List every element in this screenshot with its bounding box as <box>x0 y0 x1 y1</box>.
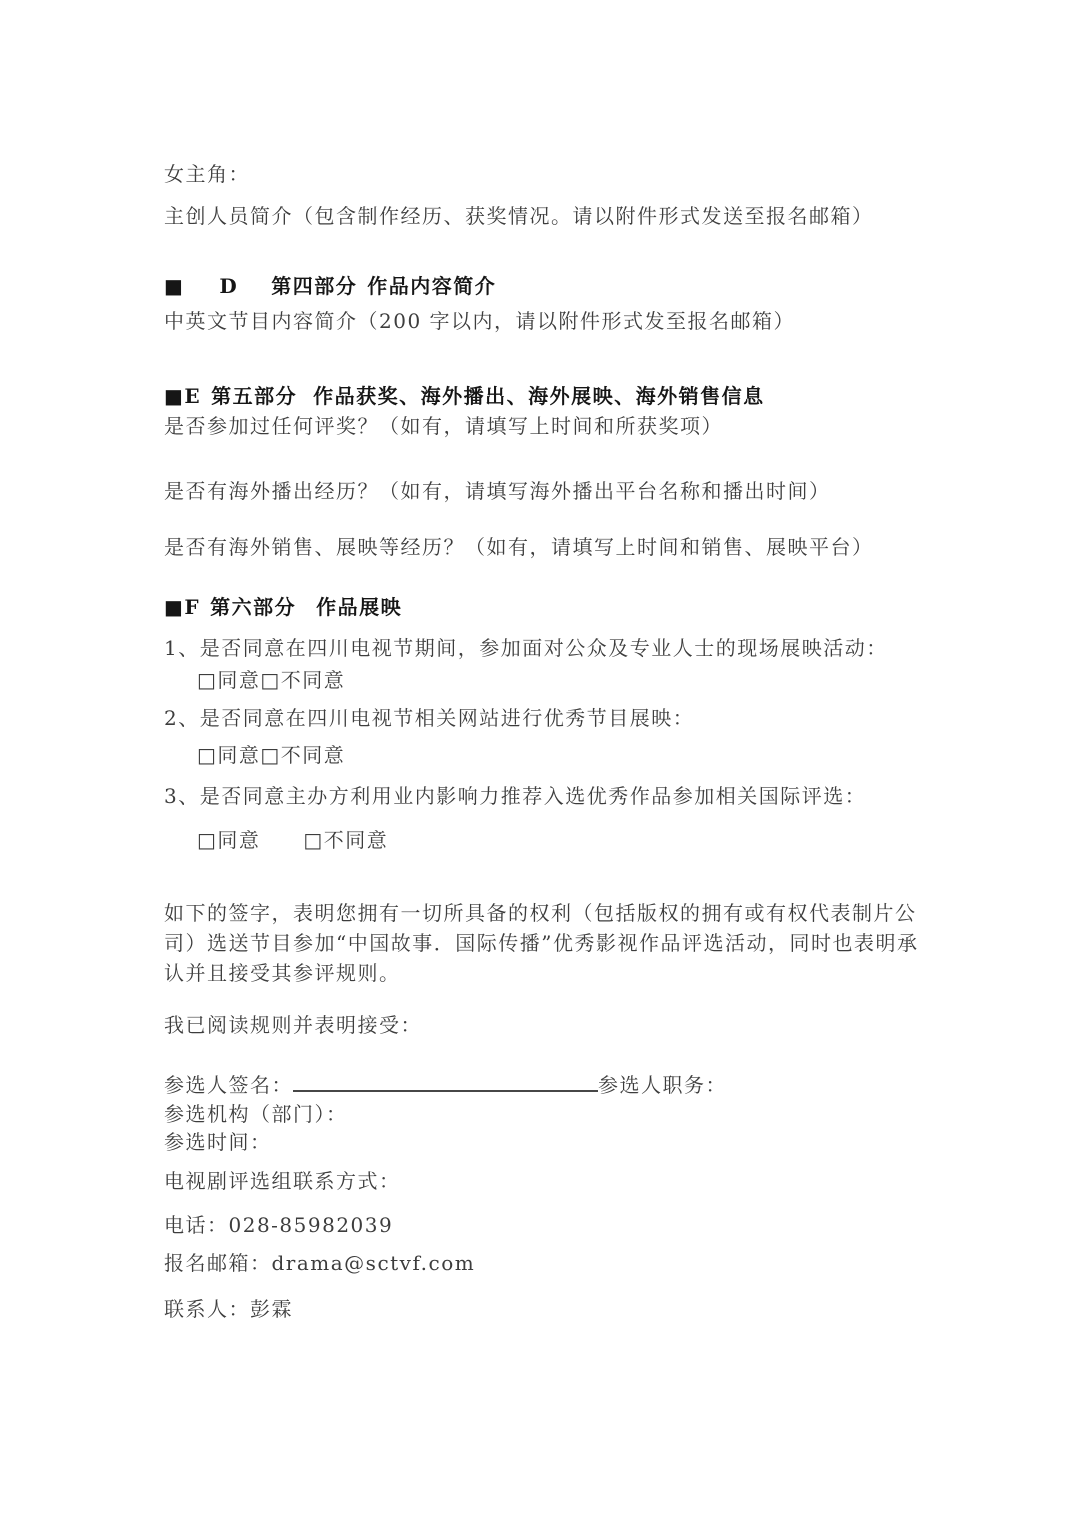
item-question: 是否同意在四川电视节期间，参加面对公众及专业人士的现场展映活动： <box>200 636 888 660</box>
disagree-checkbox: □不同意 <box>260 743 345 767</box>
question-overseas-broadcast: 是否有海外播出经历？（如有，请填写海外播出平台名称和播出时间） <box>164 478 831 504</box>
item-question: 是否同意主办方利用业内影响力推荐入选优秀作品参加相关国际评选： <box>200 784 867 808</box>
acceptance-line: 我已阅读规则并表明接受： <box>164 1012 422 1038</box>
section-e-heading: ■E第五部分作品获奖、海外播出、海外展映、海外销售信息 <box>164 383 765 409</box>
contact-person-name: 彭霖 <box>250 1297 293 1321</box>
disagree-checkbox: □不同意 <box>260 668 345 692</box>
signature-row: 参选人签名：参选人职务： <box>164 1072 727 1098</box>
email-label: 报名邮箱： <box>164 1251 272 1275</box>
phone-row: 电话：028-85982039 <box>164 1212 393 1238</box>
section-d-body: 中英文节目内容简介（200 字以内，请以附件形式发至报名邮箱） <box>164 308 795 334</box>
agree-checkbox: □同意 <box>197 668 260 692</box>
question-awards: 是否参加过任何评奖？（如有，请填写上时间和所获奖项） <box>164 413 723 439</box>
signature-blank-line <box>293 1076 598 1092</box>
section-e-marker-icon: ■E <box>164 384 201 408</box>
section-d-part: 第四部分 <box>271 274 357 298</box>
contact-person-row: 联系人：彭霖 <box>164 1296 293 1322</box>
item-number: 1、 <box>164 636 200 660</box>
contact-group-header: 电视剧评选组联系方式： <box>164 1168 401 1194</box>
agree-checkbox: □同意 <box>197 828 260 852</box>
rights-declaration: 如下的签字，表明您拥有一切所具备的权利（包括版权的拥有或有权代表制片公司）选送节… <box>164 898 924 988</box>
question-overseas-sales: 是否有海外销售、展映等经历？（如有，请填写上时间和销售、展映平台） <box>164 534 874 560</box>
email-address: drama@sctvf.com <box>272 1251 476 1275</box>
section-d-letter: D <box>219 274 238 298</box>
screening-item-1-options: □同意□不同意 <box>197 667 345 693</box>
crew-intro-note: 主创人员简介（包含制作经历、获奖情况。请以附件形式发送至报名邮箱） <box>164 203 874 229</box>
date-label: 参选时间： <box>164 1129 272 1155</box>
section-d-title: 作品内容简介 <box>367 274 496 298</box>
section-f-part: 第六部分 <box>210 595 296 619</box>
org-label: 参选机构（部门）： <box>164 1101 348 1127</box>
contact-person-label: 联系人： <box>164 1297 250 1321</box>
section-d-heading: ■D第四部分作品内容简介 <box>164 273 496 299</box>
section-e-title: 作品获奖、海外播出、海外展映、海外销售信息 <box>313 384 765 408</box>
disagree-checkbox: □不同意 <box>303 828 388 852</box>
email-row: 报名邮箱：drama@sctvf.com <box>164 1250 475 1276</box>
document-page: 女主角： 主创人员简介（包含制作经历、获奖情况。请以附件形式发送至报名邮箱） ■… <box>0 0 1080 1527</box>
screening-item-2-options: □同意□不同意 <box>197 742 345 768</box>
phone-number: 028-85982039 <box>229 1213 394 1237</box>
item-question: 是否同意在四川电视节相关网站进行优秀节目展映： <box>200 706 695 730</box>
section-f-heading: ■F第六部分作品展映 <box>164 594 402 620</box>
signer-title-label: 参选人职务： <box>598 1073 727 1097</box>
actress-label: 女主角： <box>164 161 250 187</box>
phone-label: 电话： <box>164 1213 229 1237</box>
signer-name-label: 参选人签名： <box>164 1073 293 1097</box>
item-number: 2、 <box>164 706 200 730</box>
section-d-marker-icon: ■ <box>164 274 184 298</box>
section-f-marker-icon: ■F <box>164 595 200 619</box>
screening-item-2: 2、是否同意在四川电视节相关网站进行优秀节目展映： <box>164 705 694 731</box>
section-e-part: 第五部分 <box>211 384 297 408</box>
screening-item-3-options: □同意□不同意 <box>197 827 388 853</box>
screening-item-3: 3、是否同意主办方利用业内影响力推荐入选优秀作品参加相关国际评选： <box>164 783 866 809</box>
screening-item-1: 1、是否同意在四川电视节期间，参加面对公众及专业人士的现场展映活动： <box>164 635 888 661</box>
item-number: 3、 <box>164 784 200 808</box>
section-f-title: 作品展映 <box>316 595 402 619</box>
agree-checkbox: □同意 <box>197 743 260 767</box>
